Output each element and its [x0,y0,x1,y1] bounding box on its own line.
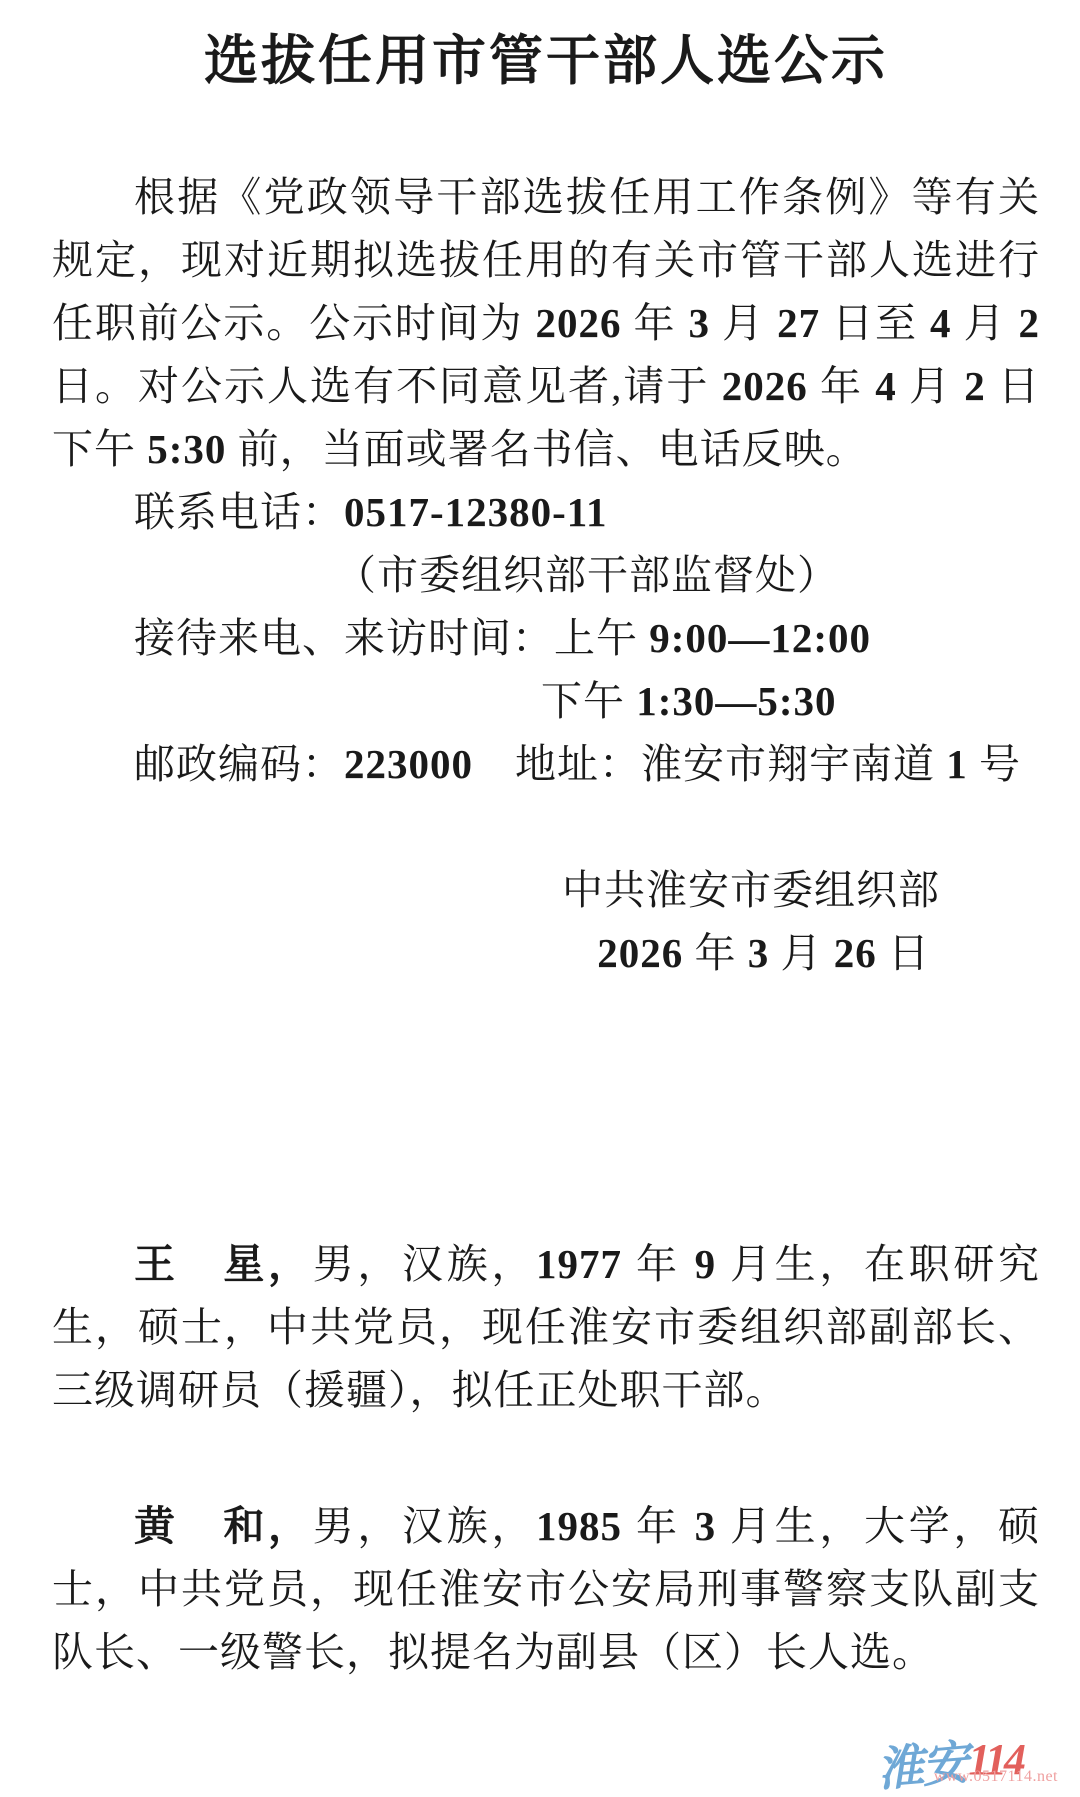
watermark-url: www.0517114.net [934,1769,1058,1785]
signature-org: 中共淮安市委组织部 [52,859,940,922]
bio-paragraph-wang-xing: 王 星，男，汉族，1977 年 9 月生，在职研究生，硕士，中共党员，现任淮安市… [52,1233,1040,1422]
page-title: 选拔任用市管干部人选公示 [52,30,1040,92]
watermark: 淮安 114 www.0517114.net [820,1697,1080,1797]
signature-block: 中共淮安市委组织部 2026 年 3 月 26 日 [52,859,1040,985]
bio-paragraph-huang-he: 黄 和，男，汉族，1985 年 3 月生，大学，硕士，中共党员，现任淮安市公安局… [52,1495,1040,1684]
contact-department-line: （市委组织部干部监督处） [52,544,1040,607]
signature-date: 2026 年 3 月 26 日 [52,922,930,985]
contact-postal-address-line: 邮政编码：223000 地址：淮安市翔宇南道 1 号 [52,733,1040,796]
intro-paragraph: 根据《党政领导干部选拔任用工作条例》等有关规定，现对近期拟选拔任用的有关市管干部… [52,166,1040,481]
announcement-document: 选拔任用市管干部人选公示 根据《党政领导干部选拔任用工作条例》等有关规定，现对近… [0,0,1080,1684]
contact-hours-morning-line: 接待来电、来访时间：上午 9:00—12:00 [52,607,1040,670]
contact-section: 联系电话：0517-12380-11 （市委组织部干部监督处） 接待来电、来访时… [52,481,1040,796]
contact-phone-line: 联系电话：0517-12380-11 [52,481,1040,544]
contact-hours-afternoon-line: 下午 1:30—5:30 [52,670,1040,733]
